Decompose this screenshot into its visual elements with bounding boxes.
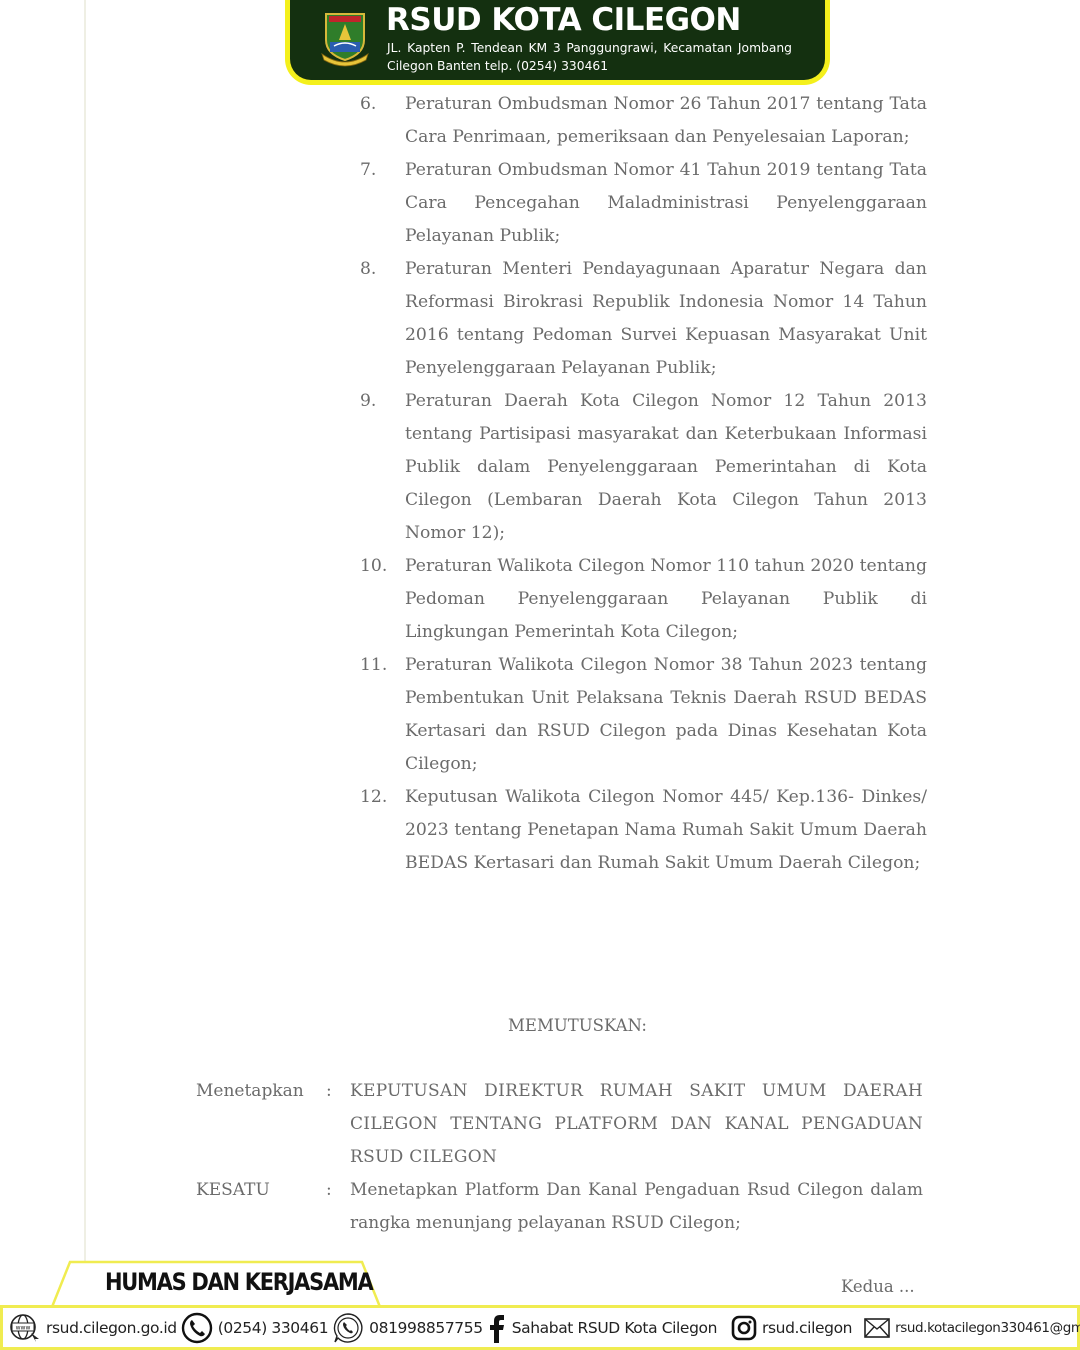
contact-footer: www rsud.cilegon.go.id (0254) 330461 081… (0, 1305, 1080, 1350)
item-number: 10. (360, 550, 387, 583)
page-margin-line (84, 0, 86, 1262)
item-text: Peraturan Menteri Pendayagunaan Aparatur… (405, 253, 927, 385)
next-page-reference: Kedua ... (841, 1274, 915, 1300)
item-text: Peraturan Walikota Cilegon Nomor 38 Tahu… (405, 649, 927, 781)
department-tab: HUMAS DAN KERJASAMA (50, 1260, 382, 1308)
phone-icon (181, 1312, 213, 1344)
item-number: 11. (360, 649, 387, 682)
email-contact[interactable]: rsud.kotacilegon330461@gmail.com (864, 1318, 1080, 1338)
list-item: 6. Peraturan Ombudsman Nomor 26 Tahun 20… (360, 88, 927, 154)
instagram-text: rsud.cilegon (762, 1319, 852, 1337)
list-item: 9. Peraturan Daerah Kota Cilegon Nomor 1… (360, 385, 927, 550)
letterhead-header: RSUD KOTA CILEGON JL. Kapten P. Tendean … (285, 0, 830, 85)
item-text: Peraturan Ombudsman Nomor 26 Tahun 2017 … (405, 88, 927, 154)
city-emblem-logo-icon (320, 10, 370, 68)
legal-basis-list: 6. Peraturan Ombudsman Nomor 26 Tahun 20… (360, 88, 927, 880)
list-item: 7. Peraturan Ombudsman Nomor 41 Tahun 20… (360, 154, 927, 253)
clause-text: KEPUTUSAN DIREKTUR RUMAH SAKIT UMUM DAER… (350, 1075, 923, 1174)
website-text: rsud.cilegon.go.id (46, 1319, 177, 1337)
list-item: 12. Keputusan Walikota Cilegon Nomor 445… (360, 781, 927, 880)
clause-colon: : (326, 1174, 332, 1207)
hospital-address: JL. Kapten P. Tendean KM 3 Panggungrawi,… (387, 39, 792, 75)
item-text: Peraturan Daerah Kota Cilegon Nomor 12 T… (405, 385, 927, 550)
clause-text: Menetapkan Platform Dan Kanal Pengaduan … (350, 1174, 923, 1240)
facebook-icon (487, 1313, 507, 1343)
item-text: Keputusan Walikota Cilegon Nomor 445/ Ke… (405, 781, 927, 880)
clause-label: Menetapkan (196, 1075, 304, 1108)
list-item: 11. Peraturan Walikota Cilegon Nomor 38 … (360, 649, 927, 781)
instagram-contact[interactable]: rsud.cilegon (731, 1315, 852, 1341)
clause-label: KESATU (196, 1174, 270, 1207)
kesatu-clause: KESATU : Menetapkan Platform Dan Kanal P… (196, 1174, 923, 1240)
instagram-icon (731, 1315, 757, 1341)
item-text: Peraturan Ombudsman Nomor 41 Tahun 2019 … (405, 154, 927, 253)
email-icon (864, 1318, 890, 1338)
email-text: rsud.kotacilegon330461@gmail.com (895, 1320, 1080, 1336)
item-number: 8. (360, 253, 376, 286)
item-number: 12. (360, 781, 387, 814)
facebook-text: Sahabat RSUD Kota Cilegon (512, 1319, 717, 1337)
menetapkan-clause: Menetapkan : KEPUTUSAN DIREKTUR RUMAH SA… (196, 1075, 923, 1174)
department-label: HUMAS DAN KERJASAMA (105, 1268, 325, 1296)
item-number: 7. (360, 154, 376, 187)
phone-contact[interactable]: (0254) 330461 (181, 1312, 328, 1344)
item-number: 6. (360, 88, 376, 121)
facebook-contact[interactable]: Sahabat RSUD Kota Cilegon (487, 1313, 717, 1343)
whatsapp-contact[interactable]: 081998857755 (332, 1312, 483, 1344)
item-text: Peraturan Walikota Cilegon Nomor 110 tah… (405, 550, 927, 649)
website-contact[interactable]: www rsud.cilegon.go.id (9, 1313, 177, 1343)
whatsapp-text: 081998857755 (369, 1319, 483, 1337)
svg-text:www: www (16, 1324, 31, 1331)
clause-colon: : (326, 1075, 332, 1108)
phone-text: (0254) 330461 (218, 1319, 328, 1337)
hospital-name: RSUD KOTA CILEGON (386, 0, 741, 40)
item-number: 9. (360, 385, 376, 418)
list-item: 10. Peraturan Walikota Cilegon Nomor 110… (360, 550, 927, 649)
decision-heading: MEMUTUSKAN: (508, 1012, 647, 1040)
globe-www-icon: www (9, 1313, 41, 1343)
whatsapp-icon (332, 1312, 364, 1344)
list-item: 8. Peraturan Menteri Pendayagunaan Apara… (360, 253, 927, 385)
